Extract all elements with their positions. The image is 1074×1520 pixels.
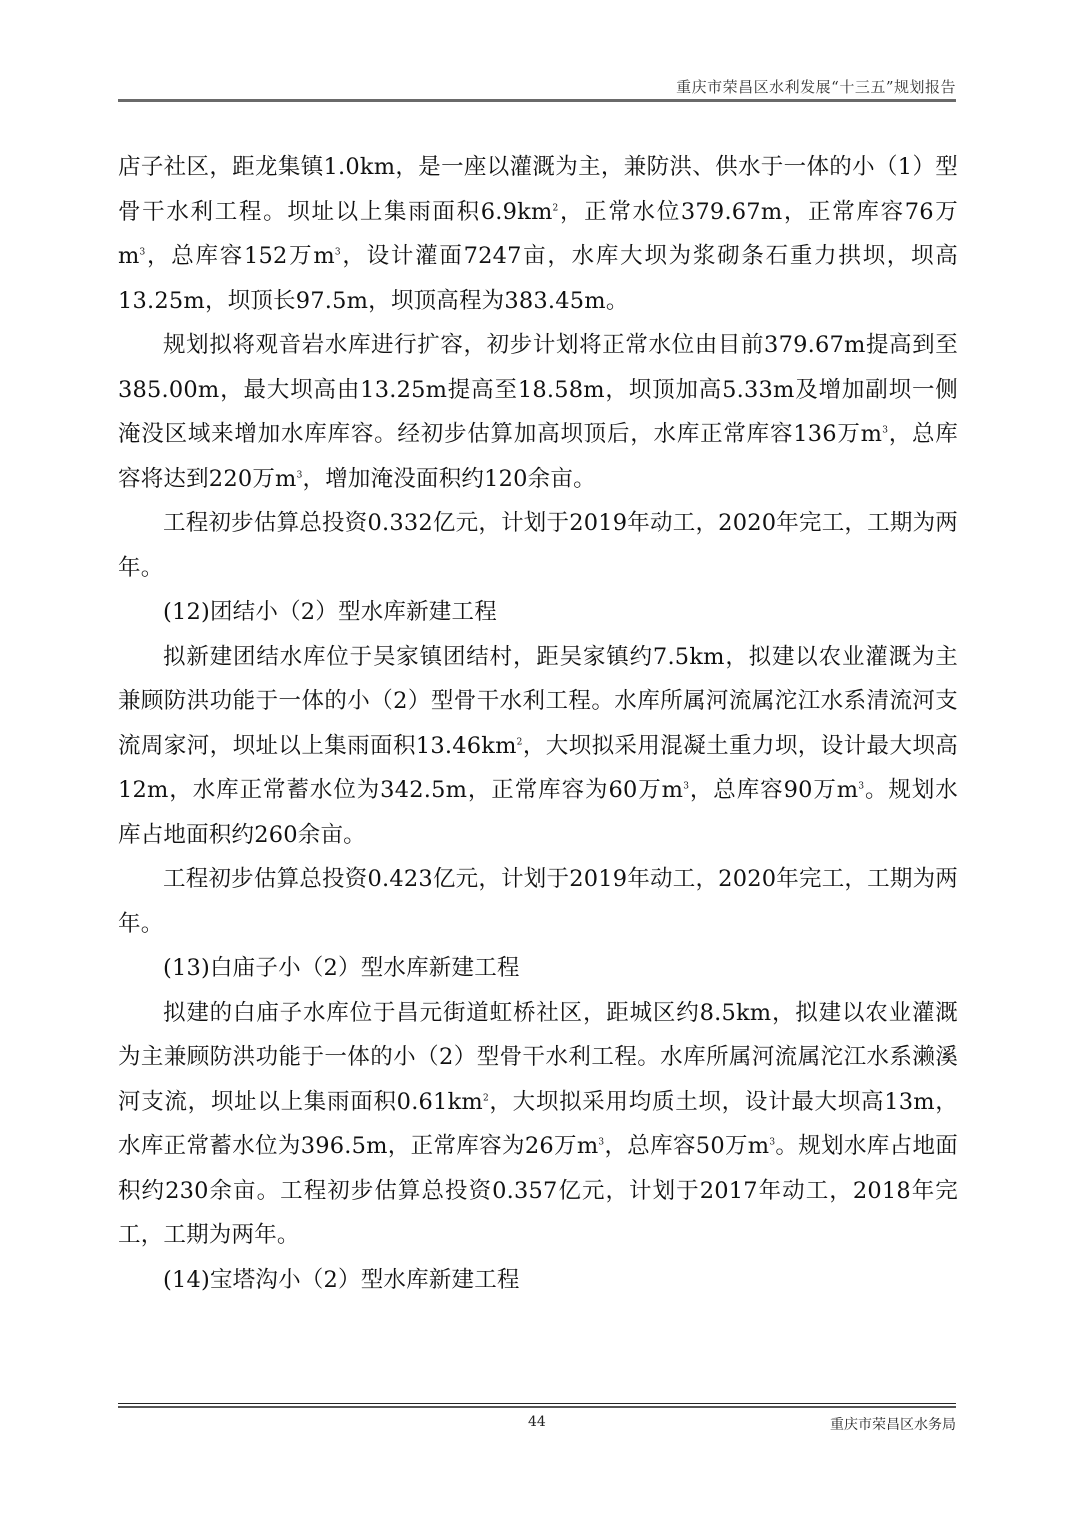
document-body: 店子社区，距龙集镇1.0km，是一座以灌溉为主，兼防洪、供水于一体的小（1）型骨… <box>118 145 958 1302</box>
paragraph-tuanjie-description: 拟新建团结水库位于吴家镇团结村，距吴家镇约7.5km，拟建以农业灌溉为主兼顾防洪… <box>118 635 958 858</box>
footer-rule-thick <box>118 1406 956 1408</box>
paragraph-baimiaozi-description: 拟建的白庙子水库位于昌元街道虹桥社区，距城区约8.5km，拟建以农业灌溉为主兼顾… <box>118 991 958 1258</box>
footer-organization: 重庆市荣昌区水务局 <box>830 1414 956 1434</box>
section-heading-12: (12)团结小（2）型水库新建工程 <box>118 590 958 635</box>
header-rule <box>118 99 956 102</box>
section-heading-13: (13)白庙子小（2）型水库新建工程 <box>118 946 958 991</box>
footer-rule <box>118 1403 956 1404</box>
header-title: 重庆市荣昌区水利发展“十三五”规划报告 <box>676 76 956 97</box>
section-heading-14: (14)宝塔沟小（2）型水库新建工程 <box>118 1258 958 1303</box>
paragraph-tuanjie-investment: 工程初步估算总投资0.423亿元，计划于2019年动工，2020年完工，工期为两… <box>118 857 958 946</box>
paragraph-guanyinyan-investment: 工程初步估算总投资0.332亿元，计划于2019年动工，2020年完工，工期为两… <box>118 501 958 590</box>
page-number: 44 <box>528 1414 546 1430</box>
page-header: 重庆市荣昌区水利发展“十三五”规划报告 <box>118 70 956 100</box>
paragraph-guanyinyan-description: 店子社区，距龙集镇1.0km，是一座以灌溉为主，兼防洪、供水于一体的小（1）型骨… <box>118 145 958 323</box>
paragraph-guanyinyan-expansion: 规划拟将观音岩水库进行扩容，初步计划将正常水位由目前379.67m提高到至385… <box>118 323 958 501</box>
page-footer: 44 重庆市荣昌区水务局 <box>118 1400 956 1440</box>
